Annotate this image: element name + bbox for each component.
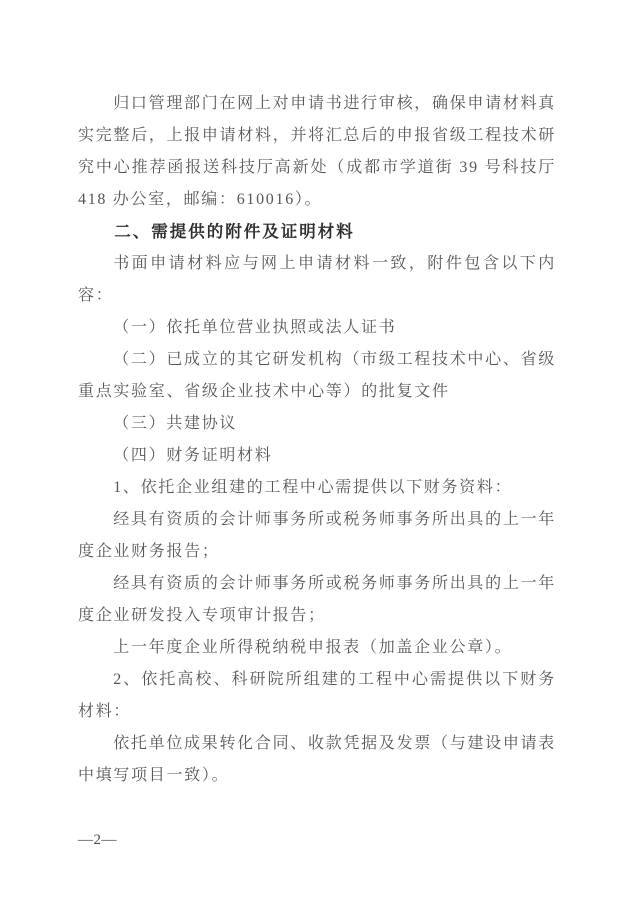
list-item-rd-institution-approval: （二）已成立的其它研发机构（市级工程技术中心、省级重点实验室、省级企业技术中心等…: [78, 344, 556, 408]
list-item-business-license: （一）依托单位营业执照或法人证书: [78, 312, 556, 344]
paragraph-tax-return: 上一年度企业所得税纳税申报表（加盖企业公章）。: [78, 632, 556, 664]
paragraph-approval-process: 归口管理部门在网上对申请书进行审核，确保申请材料真实完整后，上报申请材料，并将汇…: [78, 88, 556, 216]
list-item-financial-proof: （四）财务证明材料: [78, 440, 556, 472]
section-heading-attachments: 二、需提供的附件及证明材料: [78, 216, 556, 248]
list-item-joint-agreement: （三）共建协议: [78, 408, 556, 440]
paragraph-financial-report: 经具有资质的会计师事务所或税务师事务所出具的上一年度企业财务报告；: [78, 504, 556, 568]
list-item-university-requirements: 2、依托高校、科研院所组建的工程中心需提供以下财务材料：: [78, 664, 556, 728]
paragraph-rd-audit-report: 经具有资质的会计师事务所或税务师事务所出具的上一年度企业研发投入专项审计报告；: [78, 568, 556, 632]
document-body: 归口管理部门在网上对申请书进行审核，确保申请材料真实完整后，上报申请材料，并将汇…: [78, 88, 556, 792]
document-page: 归口管理部门在网上对申请书进行审核，确保申请材料真实完整后，上报申请材料，并将汇…: [0, 0, 640, 905]
paragraph-attachment-intro: 书面申请材料应与网上申请材料一致，附件包含以下内容：: [78, 248, 556, 312]
page-number: —2—: [78, 832, 117, 849]
list-item-enterprise-requirements: 1、依托企业组建的工程中心需提供以下财务资料：: [78, 472, 556, 504]
paragraph-transfer-contracts: 依托单位成果转化合同、收款凭据及发票（与建设申请表中填写项目一致）。: [78, 728, 556, 792]
